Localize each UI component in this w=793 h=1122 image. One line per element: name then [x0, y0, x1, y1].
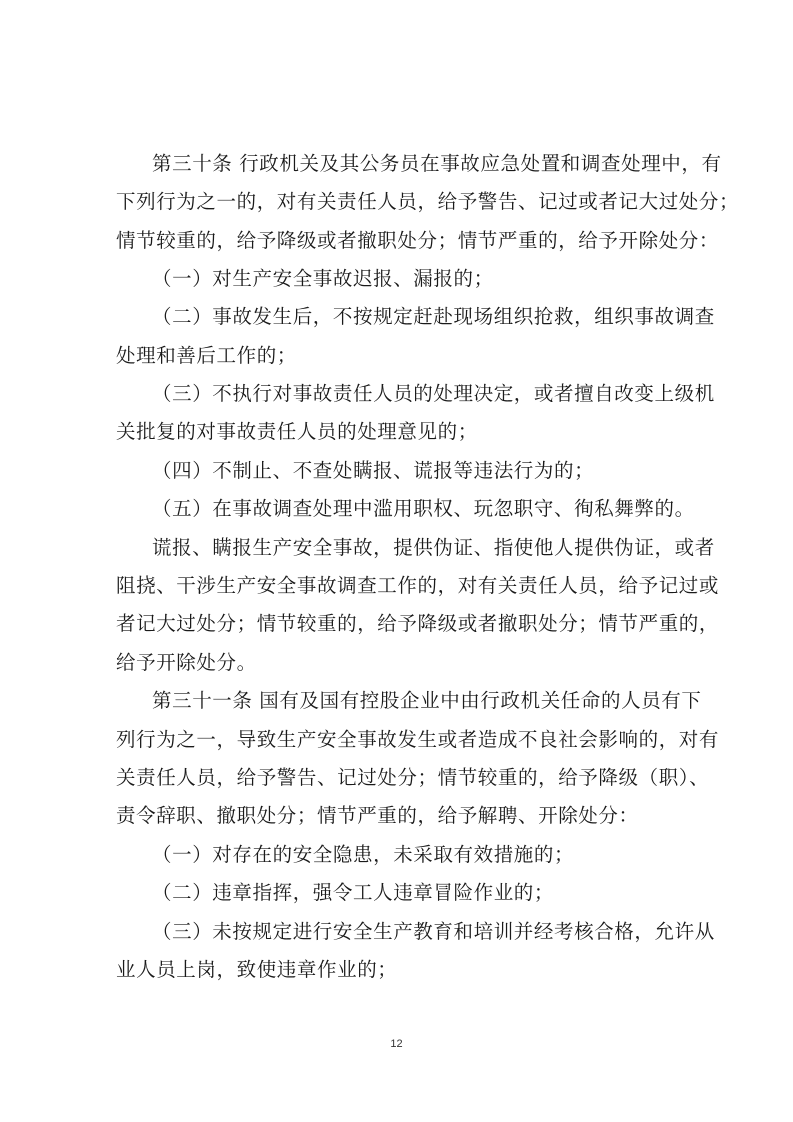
list-item-line: （一）对存在的安全隐患，未采取有效措施的； [152, 841, 722, 869]
text-line: 列行为之一，导致生产安全事故发生或者造成不良社会影响的，对有 [116, 726, 686, 754]
text-line: 业人员上岗，致使违章作业的； [116, 956, 686, 984]
document-page: 第三十条 行政机关及其公务员在事故应急处置和调查处理中，有 下列行为之一的，对有… [0, 0, 793, 1122]
text-line: 处理和善后工作的； [116, 342, 686, 370]
list-item-line: （五）在事故调查处理中滥用职权、玩忽职守、徇私舞弊的。 [152, 495, 722, 523]
article-30-heading-line: 第三十条 行政机关及其公务员在事故应急处置和调查处理中，有 [152, 150, 722, 178]
article-31-heading-line: 第三十一条 国有及国有控股企业中由行政机关任命的人员有下 [152, 687, 722, 715]
list-item-line: （四）不制止、不查处瞒报、谎报等违法行为的； [152, 457, 722, 485]
list-item-line: （二）事故发生后，不按规定赶赴现场组织抢救，组织事故调查 [152, 303, 722, 331]
text-line: 关批复的对事故责任人员的处理意见的； [116, 418, 686, 446]
list-item-line: （三）未按规定进行安全生产教育和培训并经考核合格，允许从 [152, 918, 722, 946]
text-line: 给予开除处分。 [116, 649, 686, 677]
page-number: 12 [0, 1038, 793, 1050]
text-line: 责令辞职、撤职处分；情节严重的，给予解聘、开除处分： [116, 802, 686, 830]
paragraph-line: 谎报、瞒报生产安全事故，提供伪证、指使他人提供伪证，或者 [152, 534, 722, 562]
list-item-line: （一）对生产安全事故迟报、漏报的； [152, 265, 722, 293]
list-item-line: （三）不执行对事故责任人员的处理决定，或者擅自改变上级机 [152, 380, 722, 408]
list-item-line: （二）违章指挥，强令工人违章冒险作业的； [152, 879, 722, 907]
text-line: 阻挠、干涉生产安全事故调查工作的，对有关责任人员，给予记过或 [116, 572, 686, 600]
text-line: 关责任人员，给予警告、记过处分；情节较重的，给予降级（职）、 [116, 764, 686, 792]
text-line: 者记大过处分；情节较重的，给予降级或者撤职处分；情节严重的， [116, 610, 686, 638]
text-line: 下列行为之一的，对有关责任人员，给予警告、记过或者记大过处分； [116, 188, 686, 216]
text-line: 情节较重的，给予降级或者撤职处分；情节严重的，给予开除处分： [116, 227, 686, 255]
